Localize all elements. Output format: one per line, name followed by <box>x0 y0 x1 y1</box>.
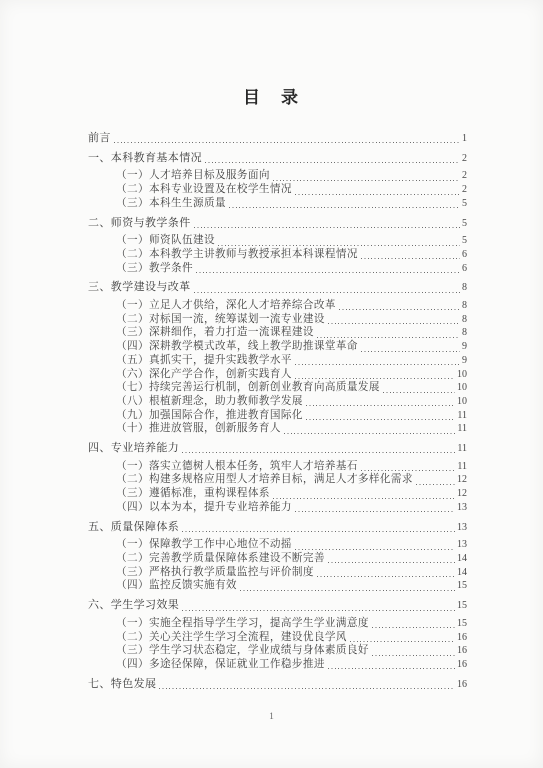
toc-dot-leader <box>361 350 460 352</box>
toc-entry-label: 六、学生学习效果 <box>88 599 179 613</box>
toc-entry-label: 七、特色发展 <box>88 678 156 692</box>
toc-entry: （一）实施全程指导学生学习，提高学生学业满意度15 <box>88 617 467 631</box>
toc-dot-leader <box>383 391 455 393</box>
toc-entry-label: （一）保障教学工作中心地位不动摇 <box>116 538 292 552</box>
toc-entry: （二）本科专业设置及在校学生情况2 <box>88 183 467 197</box>
toc-dot-leader <box>295 548 455 550</box>
toc-entry-page: 2 <box>462 169 467 183</box>
toc-entry-label: （三）学生学习状态稳定，学业成绩与身体素质良好 <box>116 644 369 658</box>
toc-dot-leader <box>114 142 460 144</box>
toc-entry: （一）保障教学工作中心地位不动摇13 <box>88 538 467 552</box>
toc-entry-page: 13 <box>457 538 467 552</box>
toc-entry: （五）真抓实干，提升实践教学水平9 <box>88 354 467 368</box>
toc-entry-page: 14 <box>457 566 467 580</box>
toc-entry-label: （一）落实立德树人根本任务，筑牢人才培养基石 <box>116 460 358 474</box>
toc-entry-label: （一）立足人才供给，深化人才培养综合改革 <box>116 299 336 313</box>
toc-entry: （十）推进放管服，创新服务育人11 <box>88 422 467 436</box>
toc-entry-label: （二）关心关注学生学习全流程，建设优良学风 <box>116 631 347 645</box>
toc-entry-label: （二）本科专业设置及在校学生情况 <box>116 183 292 197</box>
toc-entry-page: 9 <box>462 340 467 354</box>
toc-entry-label: 二、师资与教学条件 <box>88 217 191 231</box>
toc-dot-leader <box>317 575 455 577</box>
toc-dot-leader <box>194 226 460 228</box>
toc-entry-page: 13 <box>457 501 467 515</box>
toc-dot-leader <box>205 161 460 163</box>
toc-entry-label: （七）持续完善运行机制，创新创业教育向高质量发展 <box>116 381 380 395</box>
toc-entry-label: （二）构建多规格应用型人才培养目标，满足人才多样化需求 <box>116 473 413 487</box>
toc-entry: （四）深耕教学模式改革，线上教学助推课堂革命9 <box>88 340 467 354</box>
document-page: 目 录 前言1一、本科教育基本情况2（一）人才培养目标及服务面向2（二）本科专业… <box>0 0 543 768</box>
toc-entry-page: 2 <box>462 152 467 166</box>
toc-entry: （四）监控反馈实施有效15 <box>88 579 467 593</box>
toc-entry-page: 2 <box>462 183 467 197</box>
toc-dot-leader <box>273 497 455 499</box>
toc-entry: （一）立足人才供给，深化人才培养综合改革8 <box>88 299 467 313</box>
toc-entry-label: （一）师资队伍建设 <box>116 234 215 248</box>
toc-entry-page: 8 <box>462 313 467 327</box>
toc-entry-page: 5 <box>462 234 467 248</box>
toc-entry-page: 16 <box>457 631 467 645</box>
toc-dot-leader <box>182 609 455 611</box>
toc-entry-page: 8 <box>462 326 467 340</box>
toc-dot-leader <box>182 452 455 454</box>
toc-dot-leader <box>350 640 455 642</box>
toc-entry: （九）加强国际合作，推进教育国际化11 <box>88 409 467 423</box>
toc-dot-leader <box>295 377 455 379</box>
toc-entry-page: 6 <box>462 262 467 276</box>
toc-entry: 三、教学建设与改革8 <box>88 281 467 295</box>
toc-entry-label: （四）多途径保障，保证就业工作稳步推进 <box>116 658 325 672</box>
toc-entry-label: （十）推进放管服，创新服务育人 <box>116 422 281 436</box>
toc-entry-page: 11 <box>457 442 467 456</box>
toc-dot-leader <box>372 627 455 629</box>
toc-entry-page: 5 <box>462 197 467 211</box>
toc-entry-label: （一）人才培养目标及服务面向 <box>116 169 270 183</box>
toc-dot-leader <box>273 179 460 181</box>
toc-entry: （三）学生学习状态稳定，学业成绩与身体素质良好16 <box>88 644 467 658</box>
toc-dot-leader <box>416 483 455 485</box>
toc-entry-label: （五）真抓实干，提升实践教学水平 <box>116 354 292 368</box>
toc-entry-label: 一、本科教育基本情况 <box>88 152 202 166</box>
toc-entry-label: （三）教学条件 <box>116 262 193 276</box>
toc-entry: （二）关心关注学生学习全流程，建设优良学风16 <box>88 631 467 645</box>
toc-entry: （六）深化产学合作，创新实践育人10 <box>88 368 467 382</box>
toc-dot-leader <box>196 271 460 273</box>
toc-entry: 四、专业培养能力11 <box>88 442 467 456</box>
toc-entry-page: 8 <box>462 299 467 313</box>
toc-entry: 前言1 <box>88 132 467 146</box>
toc-entry-label: （四）以本为本，提升专业培养能力 <box>116 501 292 515</box>
toc-dot-leader <box>361 469 455 471</box>
toc-dot-leader <box>182 530 455 532</box>
toc-entry-label: （三）深耕细作，着力打造一流课程建设 <box>116 326 314 340</box>
toc-entry-label: 五、质量保障体系 <box>88 521 179 535</box>
toc-entry-label: （二）本科教学主讲教师与教授承担本科课程情况 <box>116 248 358 262</box>
toc-entry-page: 16 <box>457 644 467 658</box>
toc-entry: （二）对标国一流，统筹谋划一流专业建设8 <box>88 313 467 327</box>
toc-entry: 二、师资与教学条件5 <box>88 217 467 231</box>
toc-entry-label: （九）加强国际合作，推进教育国际化 <box>116 409 303 423</box>
toc-entry-page: 5 <box>462 217 467 231</box>
toc-dot-leader <box>159 687 455 689</box>
toc-dot-leader <box>295 193 460 195</box>
toc-dot-leader <box>328 562 455 564</box>
toc-entry-page: 9 <box>462 354 467 368</box>
toc-entry: （八）根植新理念，助力教师教学发展10 <box>88 395 467 409</box>
toc-list: 前言1一、本科教育基本情况2（一）人才培养目标及服务面向2（二）本科专业设置及在… <box>88 126 467 695</box>
toc-entry-page: 13 <box>457 521 467 535</box>
toc-entry-label: （一）实施全程指导学生学习，提高学生学业满意度 <box>116 617 369 631</box>
toc-entry-label: 前言 <box>88 132 111 146</box>
toc-entry-page: 6 <box>462 248 467 262</box>
toc-entry: （三）严格执行教学质量监控与评价制度14 <box>88 566 467 580</box>
toc-entry-page: 16 <box>457 678 467 692</box>
toc-entry-page: 10 <box>457 381 467 395</box>
toc-dot-leader <box>284 432 455 434</box>
toc-dot-leader <box>218 244 460 246</box>
toc-entry-page: 14 <box>457 552 467 566</box>
toc-dot-leader <box>328 322 460 324</box>
toc-entry: 一、本科教育基本情况2 <box>88 152 467 166</box>
toc-entry: （一）人才培养目标及服务面向2 <box>88 169 467 183</box>
toc-dot-leader <box>317 336 460 338</box>
toc-entry-page: 12 <box>457 473 467 487</box>
toc-dot-leader <box>295 364 460 366</box>
toc-entry-page: 8 <box>462 281 467 295</box>
toc-entry-page: 15 <box>457 599 467 613</box>
toc-dot-leader <box>361 258 460 260</box>
toc-dot-leader <box>372 654 455 656</box>
toc-entry-page: 12 <box>457 487 467 501</box>
toc-entry-page: 11 <box>457 409 467 423</box>
toc-entry: （二）本科教学主讲教师与教授承担本科课程情况6 <box>88 248 467 262</box>
toc-entry-page: 15 <box>457 579 467 593</box>
toc-entry-label: （三）本科生生源质量 <box>116 197 226 211</box>
toc-entry-page: 11 <box>457 460 467 474</box>
toc-entry-label: 四、专业培养能力 <box>88 442 179 456</box>
toc-dot-leader <box>306 405 455 407</box>
page-number-footer: 1 <box>0 712 543 722</box>
toc-entry: （四）以本为本，提升专业培养能力13 <box>88 501 467 515</box>
toc-entry-page: 11 <box>457 422 467 436</box>
toc-dot-leader <box>229 207 460 209</box>
toc-entry: （一）师资队伍建设5 <box>88 234 467 248</box>
toc-entry-label: （二）对标国一流，统筹谋划一流专业建设 <box>116 313 325 327</box>
toc-entry-page: 16 <box>457 658 467 672</box>
toc-entry: （三）教学条件6 <box>88 262 467 276</box>
toc-dot-leader <box>194 291 460 293</box>
toc-entry-label: （二）完善教学质量保障体系建设不断完善 <box>116 552 325 566</box>
toc-entry: （七）持续完善运行机制，创新创业教育向高质量发展10 <box>88 381 467 395</box>
toc-entry: 五、质量保障体系13 <box>88 521 467 535</box>
toc-entry: （四）多途径保障，保证就业工作稳步推进16 <box>88 658 467 672</box>
toc-entry-label: （三）严格执行教学质量监控与评价制度 <box>116 566 314 580</box>
toc-entry: （三）遵循标准，重构课程体系12 <box>88 487 467 501</box>
toc-entry: （一）落实立德树人根本任务，筑牢人才培养基石11 <box>88 460 467 474</box>
toc-entry-page: 10 <box>457 368 467 382</box>
toc-entry-label: （四）深耕教学模式改革，线上教学助推课堂革命 <box>116 340 358 354</box>
toc-entry: （二）完善教学质量保障体系建设不断完善14 <box>88 552 467 566</box>
toc-dot-leader <box>295 511 455 513</box>
toc-entry: （三）深耕细作，着力打造一流课程建设8 <box>88 326 467 340</box>
toc-entry: （三）本科生生源质量5 <box>88 197 467 211</box>
toc-dot-leader <box>328 668 455 670</box>
toc-entry-label: （八）根植新理念，助力教师教学发展 <box>116 395 303 409</box>
toc-entry-label: （四）监控反馈实施有效 <box>116 579 237 593</box>
toc-entry-label: 三、教学建设与改革 <box>88 281 191 295</box>
toc-dot-leader <box>339 309 460 311</box>
toc-entry: （二）构建多规格应用型人才培养目标，满足人才多样化需求12 <box>88 473 467 487</box>
toc-entry-page: 15 <box>457 617 467 631</box>
toc-entry-label: （六）深化产学合作，创新实践育人 <box>116 368 292 382</box>
toc-entry-label: （三）遵循标准，重构课程体系 <box>116 487 270 501</box>
toc-dot-leader <box>240 589 455 591</box>
toc-dot-leader <box>306 418 455 420</box>
toc-entry-page: 10 <box>457 395 467 409</box>
toc-entry: 七、特色发展16 <box>88 678 467 692</box>
toc-entry: 六、学生学习效果15 <box>88 599 467 613</box>
toc-entry-page: 1 <box>462 132 467 146</box>
page-title: 目 录 <box>0 83 543 108</box>
